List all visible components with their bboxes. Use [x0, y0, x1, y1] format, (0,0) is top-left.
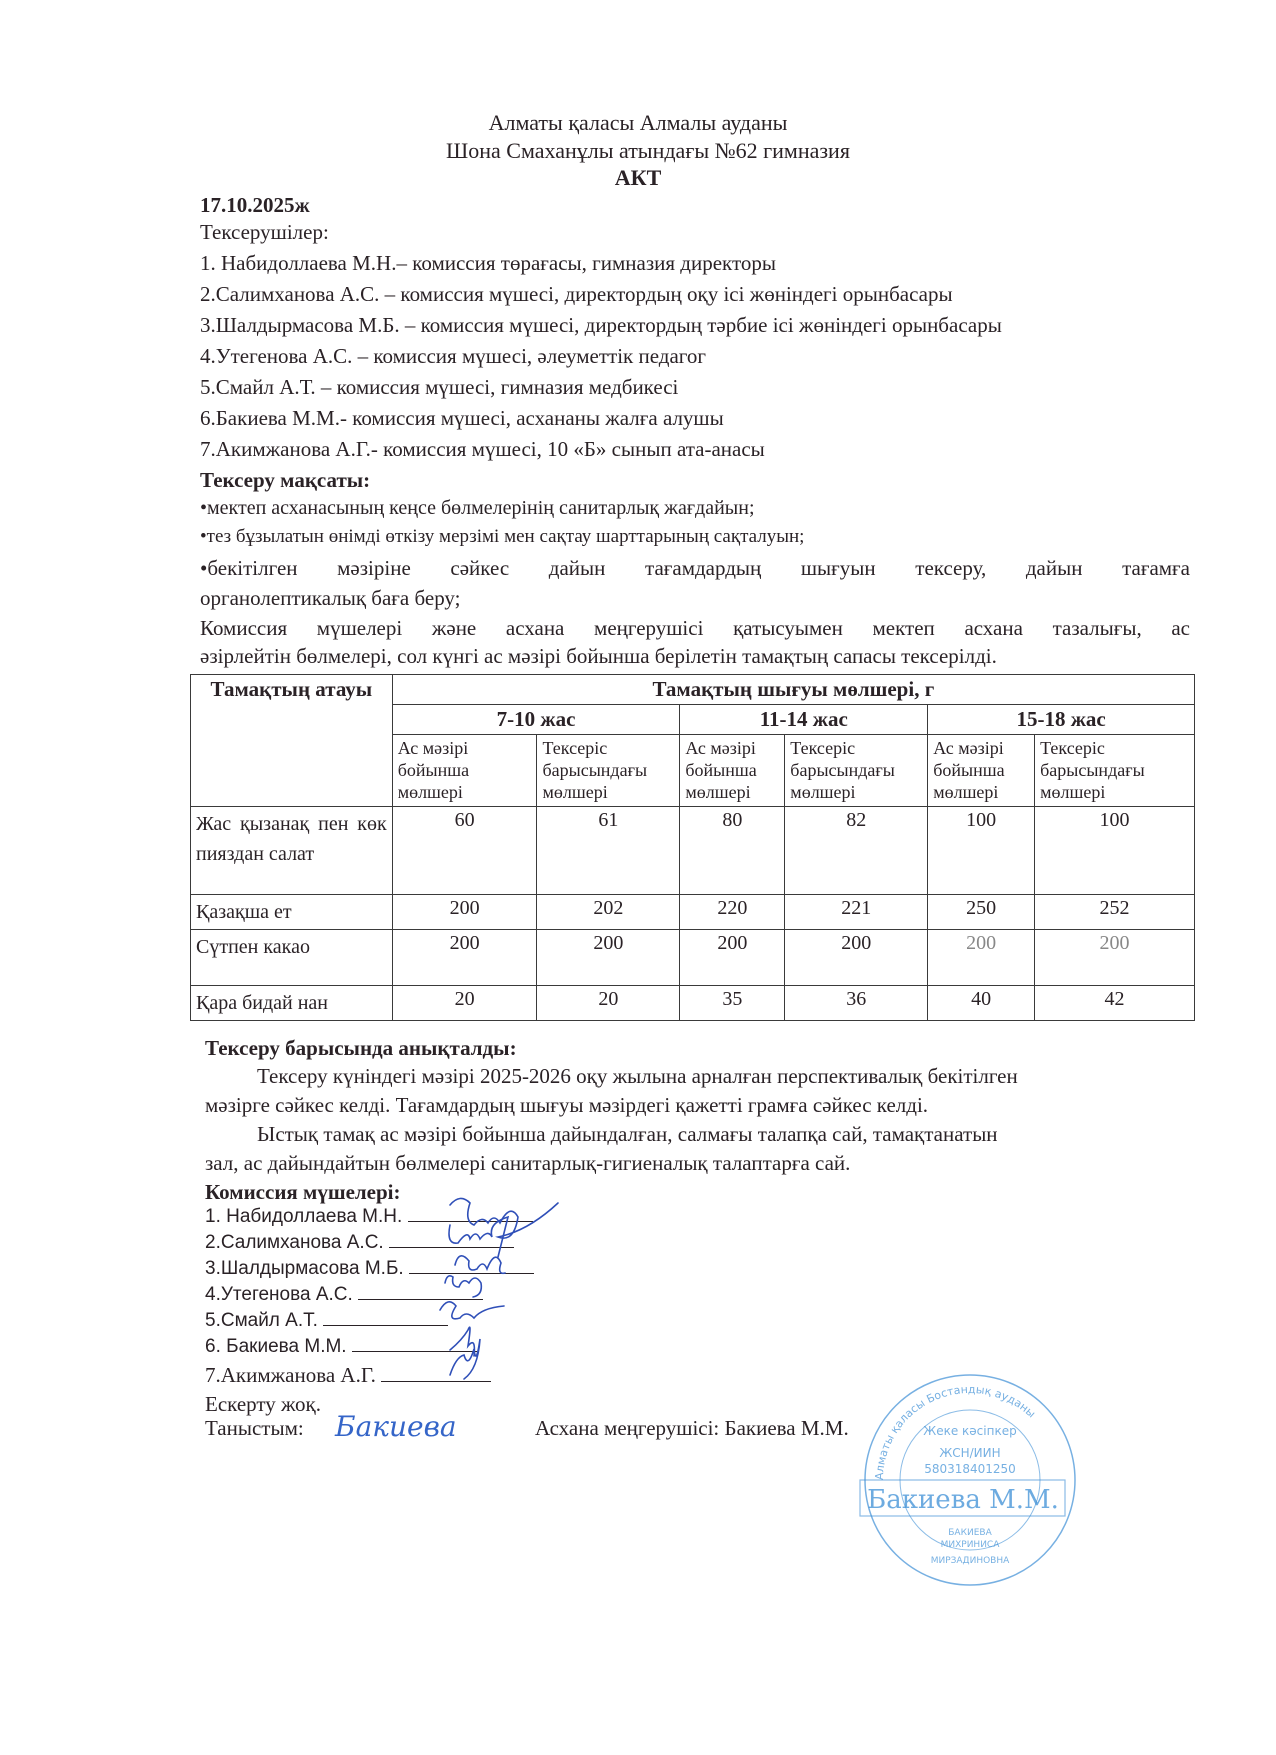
table-row: Қара бидай нан202035364042 — [191, 986, 1195, 1021]
portion-value-cell: 82 — [785, 807, 928, 895]
svg-text:БАКИЕВА: БАКИЕВА — [948, 1528, 992, 1538]
goals-label: Тексеру мақсаты: — [200, 468, 370, 493]
food-name-cell: Жас қызанақ пен көк пияздан салат — [191, 807, 393, 895]
acknowledged-label: Таныстым: — [205, 1416, 304, 1441]
food-portion-table: Тамақтың атауы Тамақтың шығуы мөлшері, г… — [190, 674, 1195, 1021]
handwritten-signatures — [420, 1175, 640, 1390]
subheader-menu: Ас мәзірі бойынша мөлшері — [680, 735, 785, 807]
subheader-menu: Ас мәзірі бойынша мөлшері — [392, 735, 537, 807]
inspector-1: 1. Набидоллаева М.Н.– комиссия төрағасы,… — [200, 251, 776, 276]
stamp-type: Жеке кәсіпкер — [923, 1424, 1016, 1438]
inspector-6: 6.Бакиева М.М.- комиссия мүшесі, асханан… — [200, 406, 724, 431]
canteen-manager: Асхана меңгерушісі: Бакиева М.М. — [535, 1416, 849, 1441]
portion-value-cell: 252 — [1035, 895, 1195, 930]
findings-p2-line2: зал, ас дайындайтын бөлмелері санитарлық… — [205, 1151, 850, 1176]
portion-value-cell: 250 — [928, 895, 1035, 930]
portion-value-cell: 35 — [680, 986, 785, 1021]
portion-value-cell: 200 — [392, 895, 537, 930]
document-title: АКТ — [0, 165, 1276, 191]
portion-value-cell: 42 — [1035, 986, 1195, 1021]
inspector-3: 3.Шалдырмасова М.Б. – комиссия мүшесі, д… — [200, 313, 1002, 338]
portion-value-cell: 200 — [928, 930, 1035, 986]
table-row: Қазақша ет200202220221250252 — [191, 895, 1195, 930]
official-stamp: Алматы қаласы Бостандық ауданы Жеке кәсі… — [855, 1365, 1085, 1595]
stamp-id-number: 580318401250 — [924, 1462, 1016, 1476]
goal-1: •мектеп асханасының кеңсе бөлмелерінің с… — [200, 497, 755, 520]
inspector-4: 4.Утегенова А.С. – комиссия мүшесі, әлеу… — [200, 344, 706, 369]
findings-p1-line2: мәзірге сәйкес келді. Тағамдардың шығуы … — [205, 1093, 928, 1118]
food-name-cell: Қара бидай нан — [191, 986, 393, 1021]
portion-value-cell: 100 — [928, 807, 1035, 895]
inspectors-label: Тексерушілер: — [200, 220, 329, 245]
findings-p2-line1: Ыстық тамақ ас мәзірі бойынша дайындалға… — [257, 1122, 998, 1147]
portion-value-cell: 100 — [1035, 807, 1195, 895]
food-name-cell: Қазақша ет — [191, 895, 393, 930]
subheader-actual: Тексеріс барысындағы мөлшері — [1035, 735, 1195, 807]
findings-label: Тексеру барысында анықталды: — [205, 1036, 517, 1061]
portion-value-cell: 200 — [392, 930, 537, 986]
svg-text:МИРЗАДИНОВНА: МИРЗАДИНОВНА — [931, 1556, 1010, 1566]
acknowledged-signature: Бакиева — [335, 1410, 457, 1443]
document-date: 17.10.2025ж — [200, 193, 310, 218]
portion-value-cell: 221 — [785, 895, 928, 930]
header-age-7-10: 7-10 жас — [392, 705, 680, 735]
goal-3-cont: органолептикалық баға беру; — [200, 586, 460, 611]
portion-value-cell: 80 — [680, 807, 785, 895]
goal-2: •тез бұзылатын өнімді өткізу мерзімі мен… — [200, 526, 804, 548]
header-district: Алматы қаласы Алмалы ауданы — [0, 110, 1276, 136]
portion-value-cell: 202 — [537, 895, 680, 930]
portion-value-cell: 40 — [928, 986, 1035, 1021]
portion-value-cell: 20 — [537, 986, 680, 1021]
subheader-menu: Ас мәзірі бойынша мөлшері — [928, 735, 1035, 807]
svg-text:МИХРИНИСА: МИХРИНИСА — [941, 1540, 1001, 1550]
portion-value-cell: 61 — [537, 807, 680, 895]
portion-value-cell: 20 — [392, 986, 537, 1021]
portion-value-cell: 36 — [785, 986, 928, 1021]
portion-value-cell: 200 — [785, 930, 928, 986]
intro-line-2: әзірлейтін бөлмелері, сол күнгі ас мәзір… — [200, 644, 997, 669]
portion-value-cell: 220 — [680, 895, 785, 930]
subheader-actual: Тексеріс барысындағы мөлшері — [785, 735, 928, 807]
document-page: Алматы қаласы Алмалы ауданы Шона Смаханұ… — [0, 0, 1276, 1755]
members-label: Комиссия мүшелері: — [205, 1180, 401, 1205]
header-school: Шона Смаханұлы атындағы №62 гимназия — [10, 138, 1276, 164]
portion-value-cell: 200 — [680, 930, 785, 986]
header-portion-group: Тамақтың шығуы мөлшері, г — [392, 675, 1194, 705]
inspector-5: 5.Смайл А.Т. – комиссия мүшесі, гимназия… — [200, 375, 678, 400]
header-age-11-14: 11-14 жас — [680, 705, 928, 735]
goal-3: •бекітілген мәзіріне сәйкес дайын тағамд… — [200, 556, 1190, 581]
table-body: Жас қызанақ пен көк пияздан салат6061808… — [191, 807, 1195, 1021]
portion-value-cell: 200 — [1035, 930, 1195, 986]
inspector-7: 7.Акимжанова А.Г.- комиссия мүшесі, 10 «… — [200, 437, 765, 462]
stamp-name: Бакиева М.М. — [867, 1485, 1059, 1515]
header-age-15-18: 15-18 жас — [928, 705, 1195, 735]
portion-value-cell: 60 — [392, 807, 537, 895]
inspector-2: 2.Салимханова А.С. – комиссия мүшесі, ди… — [200, 282, 953, 307]
stamp-id-label: ЖСН/ИИН — [939, 1446, 1000, 1460]
remark: Ескерту жоқ. — [205, 1392, 321, 1417]
findings-p1-line1: Тексеру күніндегі мәзірі 2025-2026 оқу ж… — [257, 1064, 1018, 1089]
member-5: 5.Смайл А.Т. — [205, 1310, 448, 1332]
header-food-name: Тамақтың атауы — [191, 675, 393, 807]
table-row: Жас қызанақ пен көк пияздан салат6061808… — [191, 807, 1195, 895]
subheader-actual: Тексеріс барысындағы мөлшері — [537, 735, 680, 807]
intro-line-1: Комиссия мүшелері және асхана меңгерушіс… — [200, 616, 1190, 641]
portion-value-cell: 200 — [537, 930, 680, 986]
table-row: Сүтпен какао200200200200200200 — [191, 930, 1195, 986]
food-name-cell: Сүтпен какао — [191, 930, 393, 986]
